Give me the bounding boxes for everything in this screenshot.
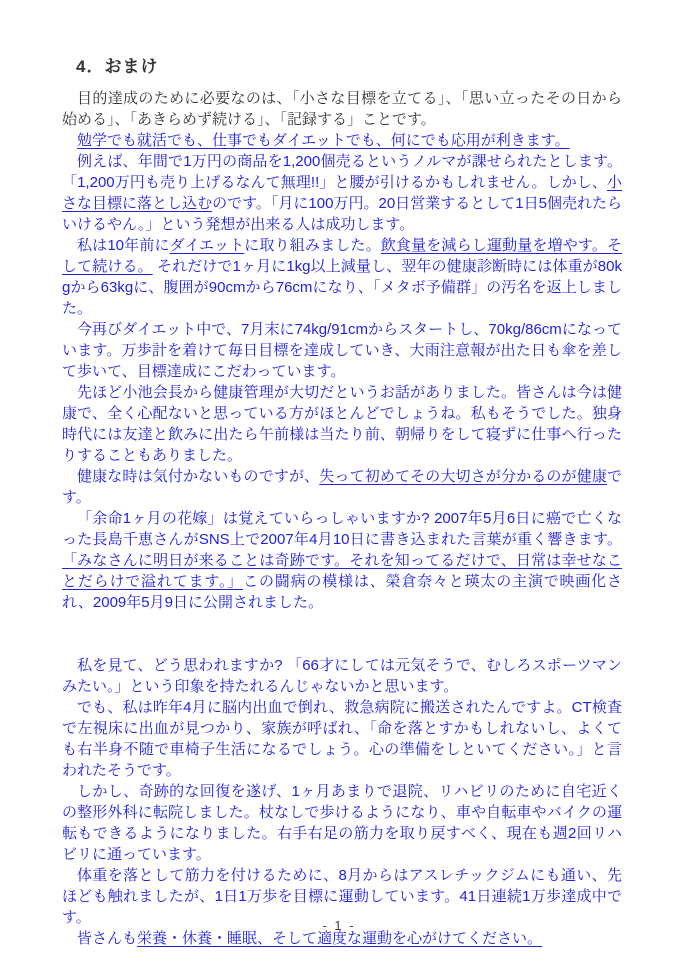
paragraph: 今再びダイエット中で、7月末に74kg/91cmからスタートし、70kg/86c… — [62, 319, 622, 382]
section-title: 4．おまけ — [76, 52, 158, 77]
document-body: 目的達成のために必要なのは、「小さな目標を立てる」、「思い立ったその日から始める… — [62, 88, 622, 949]
paragraph: 勉学でも就活でも、仕事でもダイエットでも、何にでも応用が利きます。 — [62, 130, 622, 151]
paragraph: でも、私は昨年4月に脳内出血で倒れ、救急病院に搬送されたんですよ。CT検査で左視… — [62, 697, 622, 781]
paragraph: 「余命1ヶ月の花嫁」は覚えていらっしゃいますか? 2007年5月6日に癌で亡くな… — [62, 508, 622, 613]
underlined-emphasis: 失って初めてその大切さが分かるのが健康 — [319, 468, 607, 485]
paragraph: 先ほど小池会長から健康管理が大切だというお話がありました。皆さんは今は健康で、全… — [62, 382, 622, 466]
text-run: 例えば、年間で1万円の商品を1,200個売るというノルマが課せられたとします。「… — [62, 153, 622, 191]
text-run: 今再びダイエット中で、7月末に74kg/91cmからスタートし、70kg/86c… — [62, 321, 622, 380]
paragraph: 私を見て、どう思われますか? 「66才にしては元気そうで、むしろスポーツマンみた… — [62, 655, 622, 697]
text-run: 「余命1ヶ月の花嫁」は覚えていらっしゃいますか? 2007年5月6日に癌で亡くな… — [62, 510, 622, 548]
paragraph: 目的達成のために必要なのは、「小さな目標を立てる」、「思い立ったその日から始める… — [62, 88, 622, 130]
text-run: 先ほど小池会長から健康管理が大切だというお話がありました。皆さんは今は健康で、全… — [62, 384, 622, 464]
paragraph: 例えば、年間で1万円の商品を1,200個売るというノルマが課せられたとします。「… — [62, 151, 622, 235]
text-run: 私を見て、どう思われますか? 「66才にしては元気そうで、むしろスポーツマンみた… — [62, 657, 622, 695]
paragraph: 健康な時は気付かないものですが、失って初めてその大切さが分かるのが健康です。 — [62, 466, 622, 508]
text-run: でも、私は昨年4月に脳内出血で倒れ、救急病院に搬送されたんですよ。CT検査で左視… — [62, 699, 622, 779]
text-run: 私は10年前に — [77, 237, 170, 254]
text-run: しかし、奇跡的な回復を遂げ、1ヶ月あまりで退院、リハビリのために自宅近くの整形外… — [62, 783, 622, 863]
text-run: 目的達成のために必要なのは、「小さな目標を立てる」、「思い立ったその日から始める… — [62, 90, 622, 128]
document-page: 4．おまけ 目的達成のために必要なのは、「小さな目標を立てる」、「思い立ったその… — [0, 0, 678, 960]
underlined-emphasis: 勉学でも就活でも、仕事でもダイエットでも、何にでも応用が利きます。 — [77, 132, 570, 149]
paragraph: しかし、奇跡的な回復を遂げ、1ヶ月あまりで退院、リハビリのために自宅近くの整形外… — [62, 781, 622, 865]
text-run: 健康な時は気付かないものですが、 — [77, 468, 319, 485]
paragraph: 私は10年前にダイエットに取り組みました。飲食量を減らし運動量を増やす。そして続… — [62, 235, 622, 319]
page-number: - 1 - — [0, 918, 678, 933]
text-run: に取り組みました。 — [244, 237, 380, 254]
underlined-emphasis: ダイエット — [170, 237, 245, 254]
